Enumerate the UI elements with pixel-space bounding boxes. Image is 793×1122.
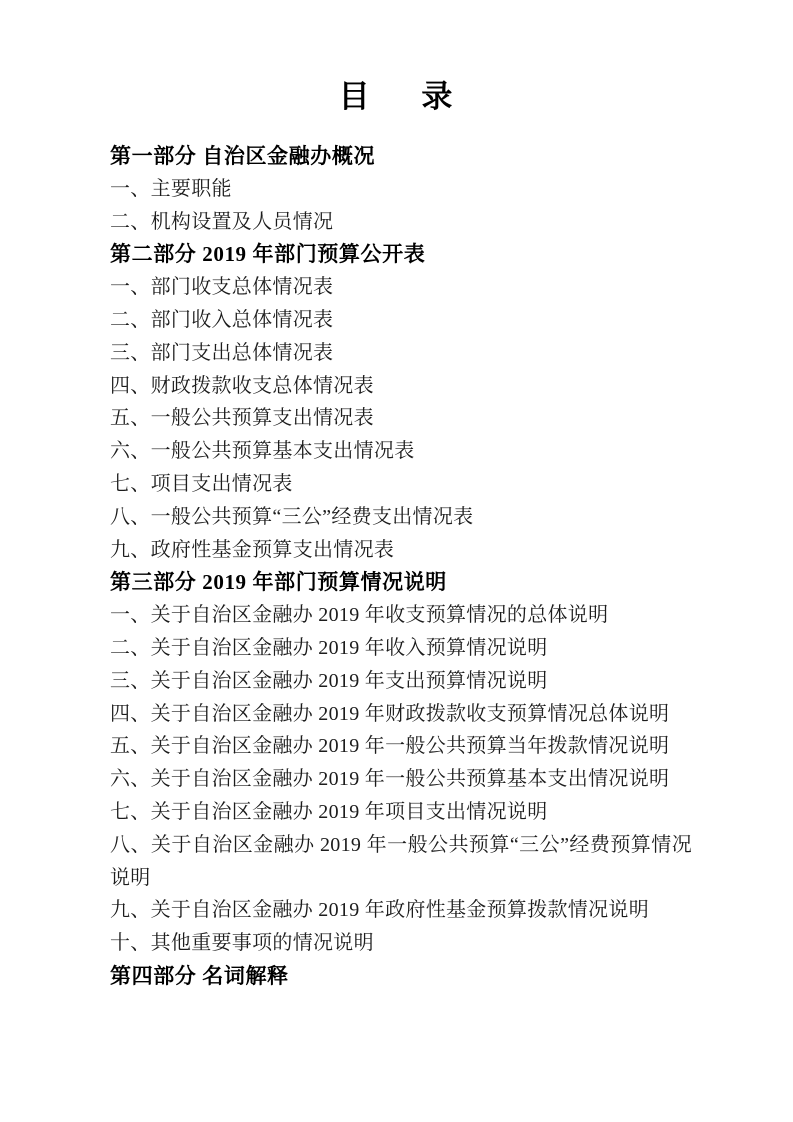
toc-item: 五、关于自治区金融办 2019 年一般公共预算当年拨款情况说明 <box>110 730 692 763</box>
toc-item: 二、关于自治区金融办 2019 年收入预算情况说明 <box>110 632 692 665</box>
toc-section-heading: 第一部分 自治区金融办概况 <box>110 140 692 173</box>
toc-section-heading: 第二部分 2019 年部门预算公开表 <box>110 238 692 271</box>
document-page: 目 录 第一部分 自治区金融办概况一、主要职能二、机构设置及人员情况第二部分 2… <box>0 0 793 1122</box>
toc-item: 八、关于自治区金融办 2019 年一般公共预算“三公”经费预算情况说明 <box>110 829 692 895</box>
toc-item: 二、部门收入总体情况表 <box>110 304 692 337</box>
table-of-contents: 第一部分 自治区金融办概况一、主要职能二、机构设置及人员情况第二部分 2019 … <box>110 140 692 993</box>
toc-item: 五、一般公共预算支出情况表 <box>110 402 692 435</box>
toc-item: 九、关于自治区金融办 2019 年政府性基金预算拨款情况说明 <box>110 894 692 927</box>
toc-item: 七、项目支出情况表 <box>110 468 692 501</box>
toc-item: 一、部门收支总体情况表 <box>110 271 692 304</box>
toc-item: 八、一般公共预算“三公”经费支出情况表 <box>110 501 692 534</box>
toc-item: 九、政府性基金预算支出情况表 <box>110 534 692 567</box>
toc-item: 三、部门支出总体情况表 <box>110 337 692 370</box>
toc-item: 二、机构设置及人员情况 <box>110 206 692 239</box>
toc-item: 一、主要职能 <box>110 173 692 206</box>
page-title: 目 录 <box>0 76 793 118</box>
toc-item: 六、关于自治区金融办 2019 年一般公共预算基本支出情况说明 <box>110 763 692 796</box>
toc-section-heading: 第三部分 2019 年部门预算情况说明 <box>110 566 692 599</box>
toc-item: 十、其他重要事项的情况说明 <box>110 927 692 960</box>
toc-item: 七、关于自治区金融办 2019 年项目支出情况说明 <box>110 796 692 829</box>
toc-item: 三、关于自治区金融办 2019 年支出预算情况说明 <box>110 665 692 698</box>
toc-section-heading: 第四部分 名词解释 <box>110 960 692 993</box>
toc-item: 六、一般公共预算基本支出情况表 <box>110 435 692 468</box>
toc-item: 一、关于自治区金融办 2019 年收支预算情况的总体说明 <box>110 599 692 632</box>
toc-item: 四、关于自治区金融办 2019 年财政拨款收支预算情况总体说明 <box>110 698 692 731</box>
toc-item: 四、财政拨款收支总体情况表 <box>110 370 692 403</box>
